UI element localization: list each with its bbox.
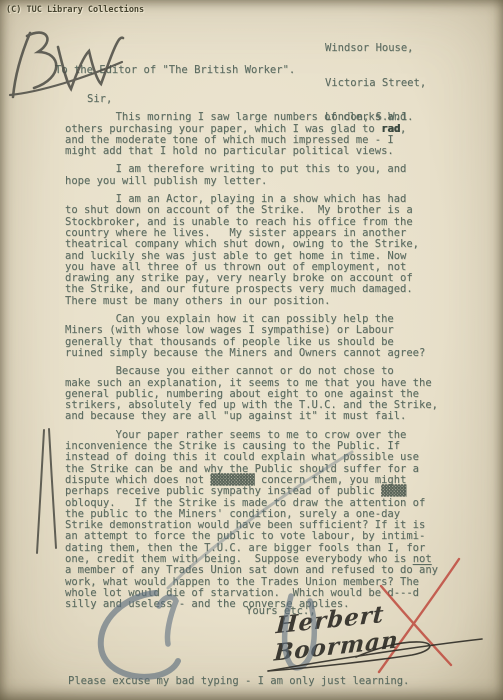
paragraph: I am therefore writing to put this to yo…	[65, 164, 449, 187]
typed-text: country where he lives. My sister appear…	[65, 227, 406, 239]
typed-line: and because they are all "up against it"…	[65, 411, 449, 422]
typed-text: the public to the Miners' condition, sur…	[65, 508, 400, 520]
paragraph: Because you either cannot or do not chos…	[65, 366, 449, 422]
typed-text: Your paper rather seems to me to crow ov…	[65, 429, 406, 441]
typed-text: perhaps receive public sympathy instead …	[65, 485, 381, 497]
typed-text: hope you will publish my letter.	[65, 175, 267, 187]
letter-body: Sir, This morning I saw large numbers of…	[65, 94, 449, 610]
typed-text: There must be many others in our positio…	[65, 295, 331, 307]
typed-text: Miners (with whose low wages I sympathis…	[65, 324, 394, 336]
typed-text: generally that thousands of people like …	[65, 336, 394, 348]
typed-text: you have all three of us thrown out of e…	[65, 261, 406, 273]
typed-text: inconvenience the Strike is causing to t…	[65, 440, 400, 452]
typed-text: dispute which does not	[65, 474, 210, 486]
typed-text: This morning I saw large numbers of cler…	[65, 111, 406, 123]
paragraph: Can you explain how it can possibly help…	[65, 314, 449, 359]
postscript-line: Please excuse my bad typing - I am only …	[68, 676, 409, 687]
overstruck-word: rad	[381, 123, 400, 135]
address-line: Windsor House,	[325, 43, 426, 55]
typed-text: Stockbroker, and is unable to reach his …	[65, 216, 413, 228]
typed-text: others purchasing your paper, which I wa…	[65, 123, 381, 135]
typed-text: I am therefore writing to put this to yo…	[65, 163, 406, 175]
paragraph: I am an Actor, playing in a show which h…	[65, 194, 449, 307]
typed-text: general public, numbering about eight to…	[65, 388, 419, 400]
typed-text: instead of doing this it could explain w…	[65, 451, 419, 463]
typed-text: make such an explanation, it seems to me…	[65, 377, 432, 389]
typed-text: work, what would happen to the Trades Un…	[65, 576, 419, 588]
typed-text: and luckily she was just able to get hom…	[65, 250, 406, 262]
typed-text: an attempt to force the public to vote l…	[65, 530, 425, 542]
typed-text: the Strike, and our future prospects ver…	[65, 283, 413, 295]
typed-text: strikers, absolutely fed up with the T.U…	[65, 399, 438, 411]
typed-text: and the moderate tone of which much impr…	[65, 134, 394, 146]
typed-text: Strike demonstration would have been suf…	[65, 519, 425, 531]
typed-line: There must be many others in our positio…	[65, 296, 449, 307]
typed-text: obloquy. If the Strike is made to draw t…	[65, 497, 425, 509]
paragraph: This morning I saw large numbers of cler…	[65, 112, 449, 157]
typed-line: might add that I hold no particular poli…	[65, 146, 449, 157]
typed-text: Can you explain how it can possibly help…	[65, 313, 394, 325]
typed-text: I am an Actor, playing in a show which h…	[65, 193, 406, 205]
paragraph: Your paper rather seems to me to crow ov…	[65, 430, 449, 611]
typed-text: to shut down on account of the Strike. M…	[65, 204, 413, 216]
typed-text: ruined simply because the Miners and Own…	[65, 347, 425, 359]
typed-line: ruined simply because the Miners and Own…	[65, 348, 449, 359]
recipient-line: To the Editor of "The British Worker".	[55, 65, 295, 76]
letter-paragraphs: This morning I saw large numbers of cler…	[65, 112, 449, 610]
typed-line: hope you will publish my letter.	[65, 176, 449, 187]
typed-text: theatrical company which shut down, owin…	[65, 238, 419, 250]
typed-text: drawing any strike pay, very nearly brok…	[65, 272, 413, 284]
typed-text: and because they are all "up against it"…	[65, 410, 406, 422]
letter-page: (C) TUC Library Collections Windsor Hous…	[0, 0, 503, 700]
typed-text: ,	[400, 123, 406, 135]
typed-text: Because you either cannot or do not chos…	[65, 365, 394, 377]
typed-text: dating them, then the T.U.C. are bigger …	[65, 542, 425, 554]
margin-emphasis-marks	[37, 429, 56, 553]
typed-text: a member of any Trades Union sat down an…	[65, 564, 438, 576]
typed-text: one, credit them with being. Suppose eve…	[65, 553, 413, 565]
typed-text: the Strike can be and why the Public sho…	[65, 463, 419, 475]
address-line: Victoria Street,	[325, 78, 426, 90]
struck-out-word: ▓▓▓▓▓▓▓	[210, 474, 254, 486]
greeting: Sir,	[65, 94, 449, 105]
typed-text: whole lot would die of starvation. Which…	[65, 587, 419, 599]
underlined-word: not	[413, 553, 432, 565]
struck-out-word: ▓▓▓▓	[381, 485, 406, 497]
copyright-watermark: (C) TUC Library Collections	[6, 5, 144, 16]
typed-text: might add that I hold no particular poli…	[65, 145, 394, 157]
